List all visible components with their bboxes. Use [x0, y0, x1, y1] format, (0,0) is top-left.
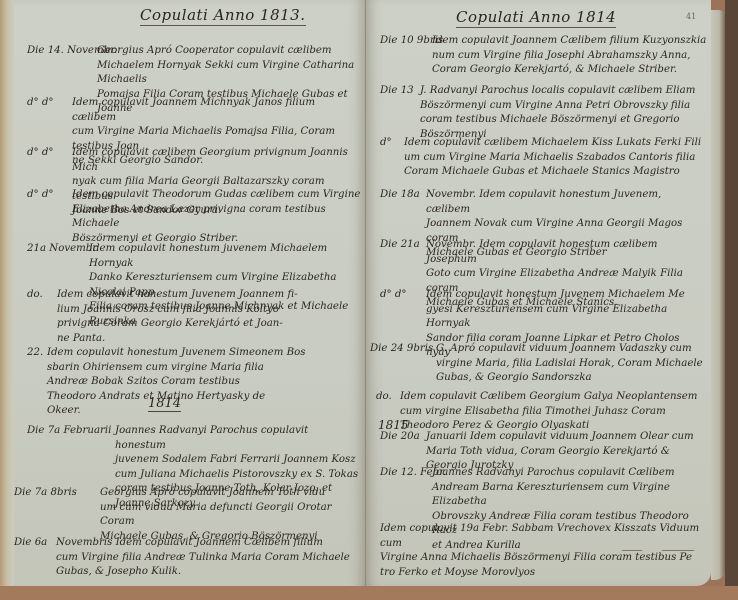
entry-date: Die 7a Februarii — [27, 424, 111, 439]
entry-text: Idem copulavit cælibem Michaelem Kiss Lu… — [404, 136, 701, 180]
decorative-rule — [622, 550, 642, 551]
entry-text: Idem copulavit Joannem Cælibem filium Ku… — [432, 34, 706, 78]
entry-date: d° d° — [380, 288, 406, 303]
entry-text: Idem copulavit Cælibem Georgium Galya Ne… — [400, 390, 697, 434]
entry-date: 22. — [27, 346, 43, 361]
entry-date: Die 24 9bris — [370, 342, 433, 357]
page-edge — [711, 10, 725, 580]
entry-text: G. Apró copulavit viduum Joannem Vadaszk… — [436, 342, 703, 386]
background-table — [0, 586, 738, 600]
year-divider: 1814 — [148, 396, 181, 412]
entry-date: do. — [27, 288, 43, 303]
entry-date: Die 6a — [14, 536, 47, 551]
entry-date: d° d° — [27, 146, 53, 161]
entry-text: Novembris Idem copulavit Joannem Cælibem… — [56, 536, 350, 580]
entry-text: J. Radvanyi Parochus localis copulavit c… — [420, 84, 708, 142]
entry-date: Die 21a — [380, 238, 420, 253]
entry-date: Die 18a — [380, 188, 420, 203]
entry-date: d° d° — [27, 188, 53, 203]
left-page-heading: Copulati Anno 1813. — [140, 6, 306, 26]
right-page-heading: Copulati Anno 1814 — [456, 8, 616, 28]
entry-date: Die 20a — [380, 430, 420, 445]
book-cover-edge — [725, 0, 738, 600]
open-register-book: Copulati Anno 1813. Die 14. Novembr. Geo… — [0, 0, 738, 600]
entry-date: d° — [380, 136, 392, 151]
entry-date: do. — [376, 390, 392, 405]
entry-date: d° d° — [27, 96, 53, 111]
entry-text: Idem copulavit Theodorum Gudas cælibem c… — [72, 188, 362, 246]
entry-date: Die 7a 8bris — [14, 486, 77, 501]
entry-text: Idem copulavit honestum Juvenem Joannem … — [57, 288, 298, 346]
entry-text: Idem copulavit 19a Febr. Sabbam Vrechove… — [380, 522, 708, 580]
entry-date: Die 13 — [380, 84, 414, 99]
right-page: Copulati Anno 1814 41 Die 10 9bris Idem … — [366, 0, 711, 586]
page-number: 41 — [686, 12, 696, 21]
left-page: Copulati Anno 1813. Die 14. Novembr. Geo… — [0, 0, 366, 600]
decorative-rule — [662, 550, 694, 551]
